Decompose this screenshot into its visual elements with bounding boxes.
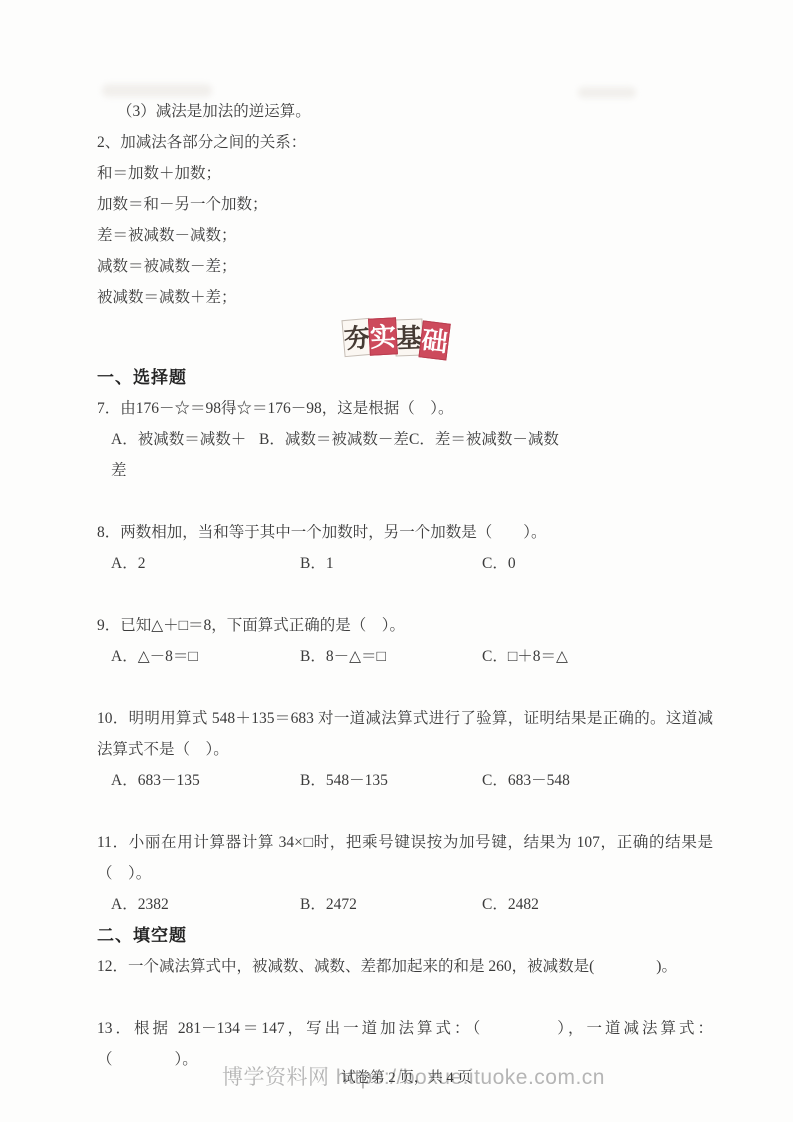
question-stem: 9．已知△＋□＝8，下面算式正确的是（ ）。 [97,610,713,641]
question-11: 11．小丽在用计算器计算 34×□时，把乘号键误按为加号键，结果为 107，正确… [97,827,713,920]
option-c: C．0 [482,548,713,579]
question-stem: 10．明明用算式 548＋135＝683 对一道减法算式进行了验算，证明结果是正… [97,703,713,765]
question-12: 12．一个减法算式中，被减数、减数、差都加起来的和是 260，被减数是( )。 [97,951,713,982]
option-a: A．△－8＝□ [111,641,300,672]
option-b: B．减数＝被减数－差 [259,424,409,486]
question-10: 10．明明用算式 548＋135＝683 对一道减法算式进行了验算，证明结果是正… [97,703,713,796]
option-c: C．2482 [482,889,713,920]
question-9: 9．已知△＋□＝8，下面算式正确的是（ ）。 A．△－8＝□ B．8－△＝□ C… [97,610,713,672]
badge-tile-4: 础 [418,320,450,360]
options-row: A．△－8＝□ B．8－△＝□ C．□＋8＝△ [97,641,713,672]
options-row: A．2 B．1 C．0 [97,548,713,579]
question-stem: 12．一个减法算式中，被减数、减数、差都加起来的和是 260，被减数是( )。 [97,951,713,982]
option-c: C．683－548 [482,765,713,796]
formula-line: 被减数＝减数＋差； [97,282,713,313]
question-7: 7．由176－☆＝98得☆＝176－98，这是根据（ ）。 A．被减数＝减数＋差… [97,393,713,486]
section-title-choice: 一、选择题 [97,362,713,393]
option-b: B．548－135 [300,765,482,796]
question-stem: 8．两数相加，当和等于其中一个加数时，另一个加数是（ ）。 [97,517,713,548]
option-a: A．2382 [111,889,300,920]
question-8: 8．两数相加，当和等于其中一个加数时，另一个加数是（ ）。 A．2 B．1 C．… [97,517,713,579]
options-row: A．被减数＝减数＋差 B．减数＝被减数－差 C．差＝被减数－减数 [97,424,713,486]
formula-line: 加数＝和－另一个加数； [97,189,713,220]
options-row: A．683－135 B．548－135 C．683－548 [97,765,713,796]
option-b: B．8－△＝□ [300,641,482,672]
option-c: C．□＋8＝△ [482,641,713,672]
option-a: A．2 [111,548,300,579]
note-line: 2、加减法各部分之间的关系： [97,127,713,158]
option-c: C．差＝被减数－减数 [409,424,713,486]
note-line: （3）减法是加法的逆运算。 [97,96,713,127]
formula-line: 减数＝被减数－差； [97,251,713,282]
worksheet-page: （3）减法是加法的逆运算。 2、加减法各部分之间的关系： 和＝加数＋加数； 加数… [0,0,793,1122]
formula-line: 差＝被减数－减数； [97,220,713,251]
option-b: B．1 [300,548,482,579]
option-b: B．2472 [300,889,482,920]
question-stem: 11．小丽在用计算器计算 34×□时，把乘号键误按为加号键，结果为 107，正确… [97,827,713,889]
page-number-text: 试卷第 2 页，共 4 页 [20,1066,793,1087]
badge-tile-2: 实 [368,317,398,355]
question-stem: 7．由176－☆＝98得☆＝176－98，这是根据（ ）。 [97,393,713,424]
section-title-fill-blank: 二、填空题 [97,920,713,951]
consolidate-basics-badge: 夯 实 基 础 [88,313,704,362]
option-a: A．683－135 [111,765,300,796]
option-a: A．被减数＝减数＋差 [111,424,259,486]
page-content: （3）减法是加法的逆运算。 2、加减法各部分之间的关系： 和＝加数＋加数； 加数… [97,96,713,1075]
formula-line: 和＝加数＋加数； [97,158,713,189]
options-row: A．2382 B．2472 C．2482 [97,889,713,920]
